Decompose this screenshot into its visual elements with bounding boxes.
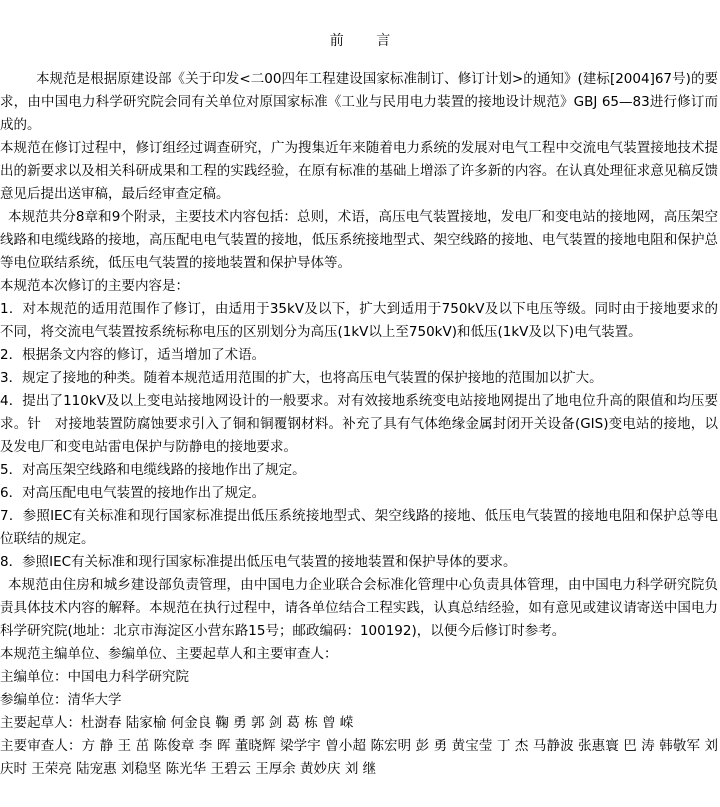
change-item-4: 4．提出了110kV及以上变电站接地网设计的一般要求。对有效接地系统变电站接地网…	[0, 390, 718, 459]
change-item-3: 3．规定了接地的种类。随着本规范适用范围的扩大，也将高压电气装置的保护接地的范围…	[0, 367, 718, 390]
changes-heading: 本规范本次修订的主要内容是：	[0, 275, 718, 298]
paragraph-intro: 本规范是根据原建设部《关于印发<二00四年工程建设国家标准制订、修订计划>的通知…	[0, 68, 718, 137]
change-item-5: 5．对高压架空线路和电缆线路的接地作出了规定。	[0, 459, 718, 482]
page-title: 前 言	[0, 30, 720, 50]
paragraph-revision-process: 本规范在修订过程中，修订组经过调查研究，广为搜集近年来随着电力系统的发展对电气工…	[0, 137, 718, 206]
paragraph-management: 本规范由住房和城乡建设部负责管理，由中国电力企业联合会标准化管理中心负责具体管理…	[0, 574, 718, 643]
drafters-list: 主要起草人：杜澍春 陆家榆 何金良 鞠 勇 郭 剑 葛 栋 曾 嵘	[0, 712, 718, 735]
change-item-6: 6．对高压配电电气装置的接地作出了规定。	[0, 482, 718, 505]
change-item-2: 2．根据条文内容的修订，适当增加了术语。	[0, 344, 718, 367]
change-item-8: 8．参照IEC有关标准和现行国家标准提出低压电气装置的接地装置和保护导体的要求。	[0, 551, 718, 574]
reviewers-list: 主要审查人：方 静 王 茁 陈俊章 李 晖 董晓辉 梁学宇 曾小超 陈宏明 彭 …	[0, 735, 718, 781]
participating-unit: 参编单位：清华大学	[0, 689, 718, 712]
units-heading: 本规范主编单位、参编单位、主要起草人和主要审查人：	[0, 643, 718, 666]
document-body: 本规范是根据原建设部《关于印发<二00四年工程建设国家标准制订、修订计划>的通知…	[0, 68, 718, 781]
chief-unit: 主编单位：中国电力科学研究院	[0, 666, 718, 689]
change-item-1: 1．对本规范的适用范围作了修订，由适用于35kV及以下，扩大到适用于750kV及…	[0, 298, 718, 344]
paragraph-structure: 本规范共分8章和9个附录，主要技术内容包括：总则，术语，高压电气装置接地，发电厂…	[0, 206, 718, 275]
change-item-7: 7．参照IEC有关标准和现行国家标准提出低压系统接地型式、架空线路的接地、低压电…	[0, 505, 718, 551]
